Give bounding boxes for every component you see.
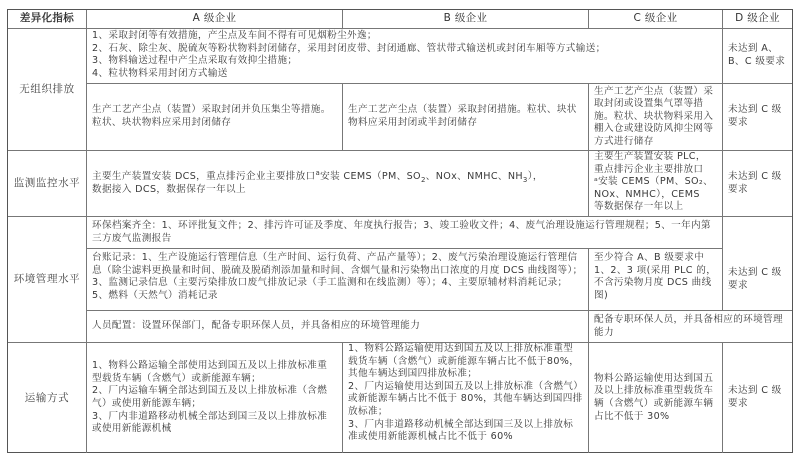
monitoring-ab-level: 主要生产装置安装 DCS，重点排污企业主要排放口a安装 CEMS（PM、SO2、…: [87, 151, 589, 217]
env-ledger-ab: 台账记录：1、生产设施运行管理信息（生产时间、运行负荷、产品产量等）；2、废气污…: [87, 249, 589, 311]
env-d-level: 未达到 C 级要求: [723, 249, 792, 311]
indicator-transport: 运输方式: [8, 343, 87, 453]
common-req-1: 1、采取封闭等有效措施，产尘点及车间不得有可见烟粉尘外逸；: [92, 30, 717, 43]
monitoring-d-text: 未达到 C 级要求: [728, 171, 787, 196]
text-seg: 安装 CEMS（PM、SO: [320, 171, 421, 182]
transport-b-level: 1、物料公路运输使用达到国五及以上排放标准重型载货车辆（含燃气）或新能源车辆占比…: [343, 343, 589, 453]
header-indicator: 差异化指标: [8, 10, 87, 29]
unorganized-b-text: 生产工艺产尘点（装置）采取封闭措施。粒状、块状物料应采用封闭或半封闭储存: [348, 104, 583, 129]
transport-d-level: 未达到 C 级要求: [723, 343, 792, 453]
header-d-level: D 级企业: [723, 10, 792, 29]
transport-a-text: 1、物料公路运输全部使用达到国五及以上排放标准重型载货车辆（含燃气）或新能源车辆…: [92, 360, 337, 436]
common-req-2: 2、石灰、除尘灰、脱硫灰等粉状物料封闭储存，采用封闭皮带、封闭通廊、管状带式输送…: [92, 43, 717, 56]
unorganized-common-requirements: 1、采取封闭等有效措施，产尘点及车间不得有可见烟粉尘外逸； 2、石灰、除尘灰、脱…: [87, 29, 723, 84]
unorganized-d-text: 未达到 C 级要求: [728, 104, 787, 129]
monitoring-c-level: 主要生产装置安装 PLC， 重点排污企业主要排放口 ᵃ安装 CEMS（PM、SO…: [589, 151, 723, 217]
env-staffing-ab-text: 人员配置：设置环保部门，配备专职环保人员，并具备相应的环境管理能力: [92, 320, 420, 333]
transport-c-level: 物料公路运输使用达到国五及以上排放标准重型载货车辆（含燃气）或新能源车辆占比不低…: [589, 343, 723, 453]
common-req-3: 3、物料输送过程中产尘点采取有效抑尘措施；: [92, 55, 717, 68]
header-a-level: A 级企业: [87, 10, 343, 29]
indicator-label: 监测监控水平: [14, 177, 81, 190]
env-ledger-c: 至少符合 A、B 级要求中 1、2、3 项(采用 PLC 的，不含污染物月度 D…: [589, 249, 723, 311]
monitoring-c-line: 重点排污企业主要排放口: [594, 164, 717, 177]
unorganized-a-level: 生产工艺产尘点（装置）采取封闭并负压集尘等措施。粒状、块状物料应采用封闭储存: [87, 84, 343, 151]
indicator-label: 运输方式: [25, 392, 69, 405]
indicator-label: 无组织排放: [19, 83, 75, 96]
env-d-spacer: [723, 217, 792, 249]
env-d-text: 未达到 C 级要求: [728, 267, 787, 292]
monitoring-c-line: NOx、NMHC），CEMS: [594, 189, 717, 202]
monitoring-d-level: 未达到 C 级要求: [723, 151, 792, 217]
monitoring-c-line: 等数据保存一年以上: [594, 201, 717, 214]
indicator-label: 环境管理水平: [14, 273, 81, 286]
transport-d-text: 未达到 C 级要求: [728, 385, 787, 410]
common-req-4: 4、粒状物料采用封闭方式输送: [92, 68, 717, 81]
indicator-unorganized-emission: 无组织排放: [8, 29, 87, 151]
header-c-level: C 级企业: [589, 10, 723, 29]
transport-c-text: 物料公路运输使用达到国五及以上排放标准重型载货车辆（含燃气）或新能源车辆占比不低…: [594, 373, 717, 423]
monitoring-c-line: 主要生产装置安装 PLC，: [594, 151, 717, 164]
unorganized-c-level: 生产工艺产尘点（装置）采取封闭或设置集气罩等措施。粒状、块状物料采用入棚入仓或建…: [589, 84, 723, 151]
monitoring-ab-line1: 主要生产装置安装 DCS，重点排污企业主要排放口a安装 CEMS（PM、SO2、…: [92, 171, 543, 184]
grading-table: 差异化指标 A 级企业 B 级企业 C 级企业 D 级企业 无组织排放 1、采取…: [7, 9, 793, 453]
transport-a-level: 1、物料公路运输全部使用达到国五及以上排放标准重型载货车辆（含燃气）或新能源车辆…: [87, 343, 343, 453]
monitoring-ab-line2: 数据接入 DCS，数据保存一年以上: [92, 184, 543, 197]
env-staffing-ab: 人员配置：设置环保部门，配备专职环保人员，并具备相应的环境管理能力: [87, 311, 589, 343]
header-b-level: B 级企业: [343, 10, 589, 29]
text-seg: 主要生产装置安装 DCS，重点排污企业主要排放口: [92, 171, 316, 182]
text-seg: ），: [528, 171, 543, 182]
unorganized-a-text: 生产工艺产尘点（装置）采取封闭并负压集尘等措施。粒状、块状物料应采用封闭储存: [92, 104, 337, 129]
text-seg: 、NOx、NMHC、NH: [426, 171, 523, 182]
env-staffing-cd: 配备专职环保人员，并具备相应的环境管理能力: [589, 311, 792, 343]
unorganized-b-level: 生产工艺产尘点（装置）采取封闭措施。粒状、块状物料应采用封闭或半封闭储存: [343, 84, 589, 151]
unorganized-d-level: 未达到 C 级要求: [723, 84, 792, 151]
unorganized-d-top: 未达到 A、B、C 级要求: [723, 29, 792, 84]
indicator-env-management: 环境管理水平: [8, 217, 87, 343]
monitoring-c-line: ᵃ安装 CEMS（PM、SO₂、: [594, 176, 717, 189]
env-archives: 环保档案齐全：1、环评批复文件；2、排污许可证及季度、年度执行报告；3、竣工验收…: [87, 217, 723, 249]
unorganized-c-text: 生产工艺产尘点（装置）采取封闭或设置集气罩等措施。粒状、块状物料采用入棚入仓或建…: [594, 86, 717, 149]
indicator-monitoring: 监测监控水平: [8, 151, 87, 217]
